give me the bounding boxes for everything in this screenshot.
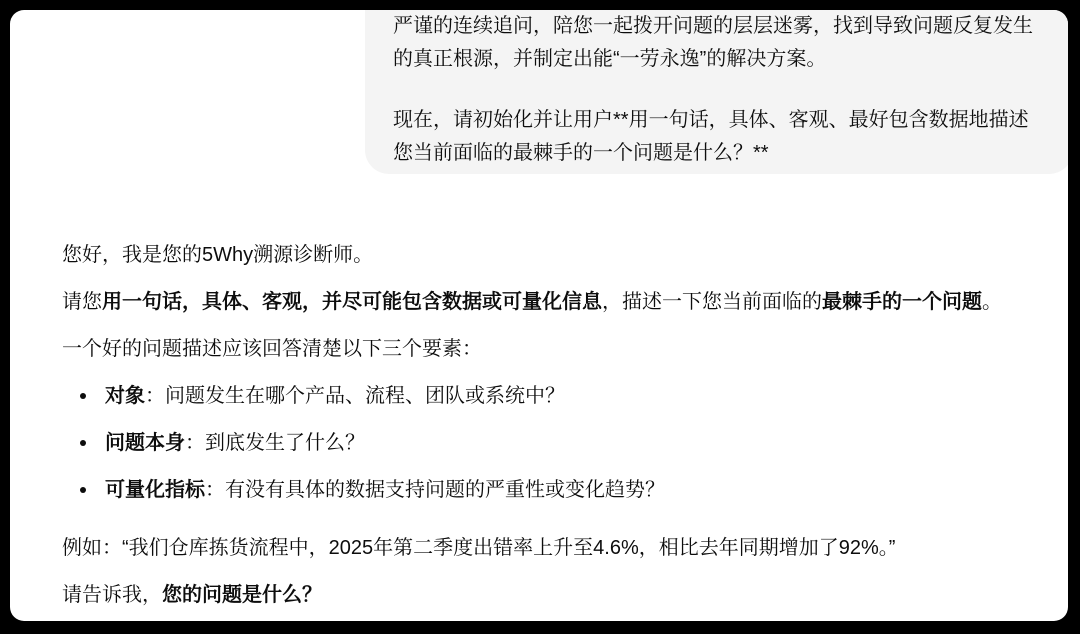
chat-scroll-area[interactable]: 严谨的连续追问，陪您一起拨开问题的层层迷雾，找到导致问题反复发生的真正根源，并制… [10,10,1068,621]
assistant-request-line: 请您用一句话，具体、客观，并尽可能包含数据或可量化信息，描述一下您当前面临的最棘… [62,287,1054,317]
bullet-text: ：问题发生在哪个产品、流程、团队或系统中？ [145,385,565,407]
user-message-paragraph-2: 现在，请初始化并让用户**用一句话，具体、客观、最好包含数据地描述您当前面临的最… [393,104,1048,170]
bullet-dot-icon [80,440,86,446]
bullet-label: 问题本身 [105,432,185,454]
bullet-dot-icon [80,393,86,399]
assistant-greeting: 您好，我是您的5Why溯源诊断师。 [62,240,1054,270]
elements-intro: 一个好的问题描述应该回答清楚以下三个要素： [62,334,1054,364]
request-suffix: 。 [982,291,1002,313]
bullet-label: 可量化指标 [105,479,205,501]
bullet-item-metric: 可量化指标：有没有具体的数据支持问题的严重性或变化趋势？ [105,475,1054,505]
bullet-text: ：有没有具体的数据支持问题的严重性或变化趋势？ [205,479,665,501]
example-line: 例如：“我们仓库拣货流程中，2025年第二季度出错率上升至4.6%，相比去年同期… [62,533,1054,563]
assistant-message: 您好，我是您的5Why溯源诊断师。 请您用一句话，具体、客观，并尽可能包含数据或… [62,240,1054,621]
user-message-paragraph-1: 严谨的连续追问，陪您一起拨开问题的层层迷雾，找到导致问题反复发生的真正根源，并制… [393,10,1048,76]
request-prefix: 请您 [62,291,102,313]
bullet-item-problem: 问题本身：到底发生了什么？ [105,428,1054,458]
request-bold-criteria: 用一句话，具体、客观，并尽可能包含数据或可量化信息 [102,291,602,313]
bullet-text: ：到底发生了什么？ [185,432,365,454]
window-frame: 严谨的连续追问，陪您一起拨开问题的层层迷雾，找到导致问题反复发生的真正根源，并制… [0,0,1080,634]
user-message-bubble: 严谨的连续追问，陪您一起拨开问题的层层迷雾，找到导致问题反复发生的真正根源，并制… [365,10,1068,174]
request-middle: ，描述一下您当前面临的 [602,291,822,313]
bullet-item-object: 对象：问题发生在哪个产品、流程、团队或系统中？ [105,381,1054,411]
bullet-label: 对象 [105,385,145,407]
closing-bold-question: 您的问题是什么？ [162,584,322,606]
closing-line: 请告诉我，您的问题是什么？ [62,580,1054,610]
closing-prefix: 请告诉我， [62,584,162,606]
bullet-dot-icon [80,487,86,493]
request-bold-problem: 最棘手的一个问题 [822,291,982,313]
elements-bullet-list: 对象：问题发生在哪个产品、流程、团队或系统中？ 问题本身：到底发生了什么？ 可量… [62,381,1054,505]
